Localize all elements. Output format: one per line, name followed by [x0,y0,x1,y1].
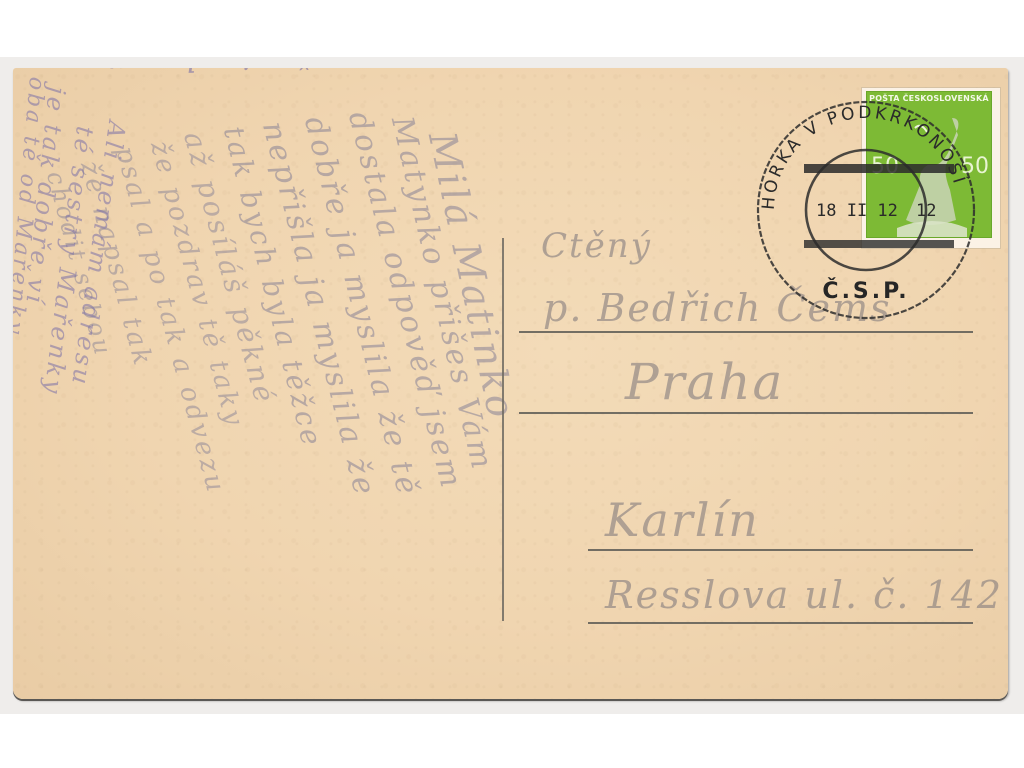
address-line-4 [588,622,973,624]
address-street: Resslova ul. č. 142 [605,573,1003,617]
message-area: Milá Matinko Matynko přišes Vám dostala … [13,68,503,699]
message-line-ink: napiš mi adresu [105,68,393,80]
chainbreaker-figure-icon [897,108,967,238]
stamp-value-right: 50 [961,154,989,179]
postcard: Milá Matinko Matynko přišes Vám dostala … [13,68,1008,699]
address-line-2 [519,412,973,414]
postage-stamp: POŠTA ČESKOSLOVENSKÁ 50 50 [862,88,1000,248]
address-line-3 [588,549,973,551]
address-line-1 [519,331,973,333]
stamp-issuer: POŠTA ČESKOSLOVENSKÁ [867,94,991,103]
address-district: Karlín [605,493,760,547]
address-city: Praha [625,353,784,411]
center-divider [502,238,504,621]
address-salutation: Ctěný [541,226,652,266]
stamp-value-left: 50 [871,154,899,179]
address-recipient: p. Bedřich Čems [543,286,891,330]
